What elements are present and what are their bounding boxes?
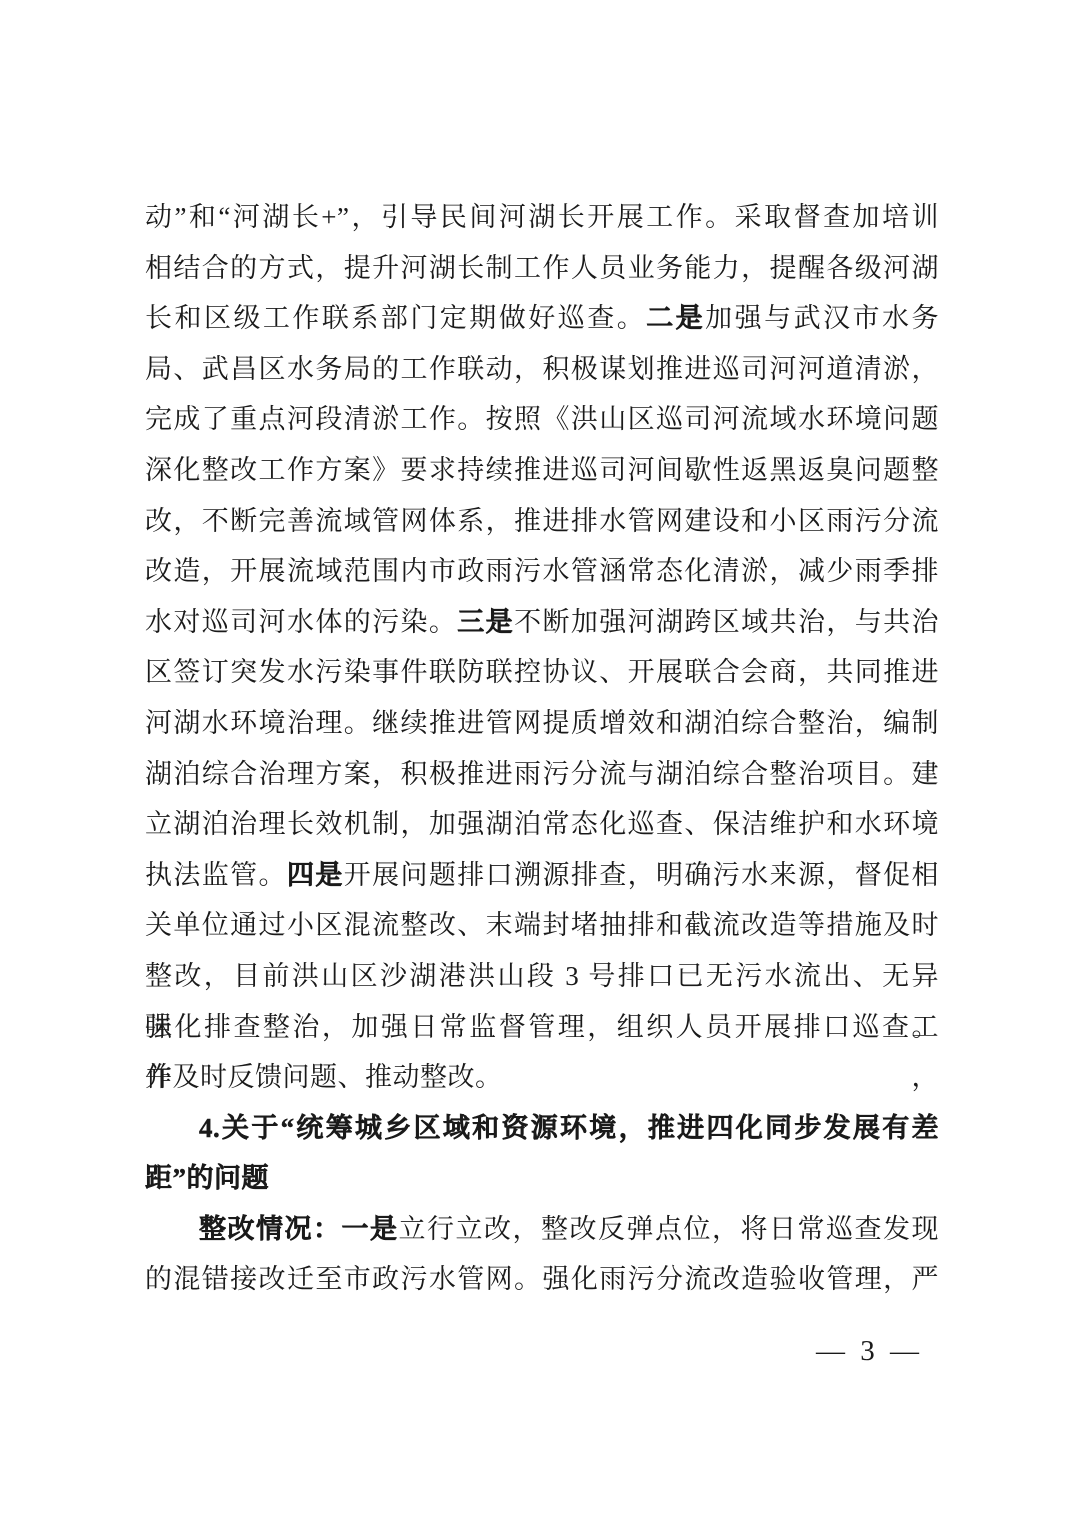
body-text: 动”和“河湖长+”，引导民间河湖长开展工作。采取督查加培训 bbox=[145, 202, 939, 232]
body-text: 的混错接改迁至市政污水管网。强化雨污分流改造验收管理，严 bbox=[145, 1264, 939, 1294]
text-line: 湖泊综合治理方案，积极推进雨污分流与湖泊综合整治项目。建 bbox=[145, 749, 939, 800]
body-text: 河湖水环境治理。继续推进管网提质增效和湖泊综合整治，编制 bbox=[145, 708, 939, 738]
text-line: 的混错接改迁至市政污水管网。强化雨污分流改造验收管理，严 bbox=[145, 1254, 939, 1305]
body-text: 深化整改工作方案》要求持续推进巡司河间歇性返黑返臭问题整 bbox=[145, 455, 939, 485]
emphasis-text: 二是 bbox=[646, 303, 705, 333]
text-line: 相结合的方式，提升河湖长制工作人员业务能力，提醒各级河湖 bbox=[145, 243, 939, 294]
text-line: 改造，开展流域范围内市政雨污水管涵常态化清淤，减少雨季排 bbox=[145, 546, 939, 597]
text-line: 立湖泊治理长效机制，加强湖泊常态化巡查、保洁维护和水环境 bbox=[145, 799, 939, 850]
body-text: 开展问题排口溯源排查，明确污水来源，督促相 bbox=[344, 860, 939, 890]
text-line: 长和区级工作联系部门定期做好巡查。二是加强与武汉市水务 bbox=[145, 293, 939, 344]
body-text: 长和区级工作联系部门定期做好巡查。 bbox=[145, 303, 646, 333]
text-block: 动”和“河湖长+”，引导民间河湖长开展工作。采取督查加培训相结合的方式，提升河湖… bbox=[145, 192, 939, 1305]
body-text: 不断加强河湖跨区域共治，与共治 bbox=[514, 607, 939, 637]
emphasis-text: 整改情况：一是 bbox=[199, 1214, 399, 1244]
text-line: 区签订突发水污染事件联防联控协议、开展联合会商，共同推进 bbox=[145, 647, 939, 698]
text-line: 深化整改工作方案》要求持续推进巡司河间歇性返黑返臭问题整 bbox=[145, 445, 939, 496]
text-line: 关单位通过小区混流整改、末端封堵抽排和截流改造等措施及时 bbox=[145, 900, 939, 951]
body-text: 湖泊综合治理方案，积极推进雨污分流与湖泊综合整治项目。建 bbox=[145, 759, 939, 789]
document-page: 动”和“河湖长+”，引导民间河湖长开展工作。采取督查加培训相结合的方式，提升河湖… bbox=[0, 0, 1074, 1520]
page-number: — 3 — bbox=[816, 1334, 919, 1368]
text-line: 整改，目前洪山区沙湖港洪山段 3 号排口已无污水流出、无异味。 bbox=[145, 951, 939, 1002]
emphasis-text: 4.关于“统筹城乡区域和资源环境，推进四化同步发展有差 bbox=[199, 1113, 939, 1143]
body-text: 加强与武汉市水务 bbox=[705, 303, 939, 333]
body-text: 相结合的方式，提升河湖长制工作人员业务能力，提醒各级河湖 bbox=[145, 253, 939, 283]
text-line: 河湖水环境治理。继续推进管网提质增效和湖泊综合整治，编制 bbox=[145, 698, 939, 749]
body-text: 立湖泊治理长效机制，加强湖泊常态化巡查、保洁维护和水环境 bbox=[145, 809, 939, 839]
body-text: 区签订突发水污染事件联防联控协议、开展联合会商，共同推进 bbox=[145, 657, 939, 687]
body-text: 立行立改，整改反弹点位，将日常巡查发现 bbox=[399, 1214, 940, 1244]
emphasis-text: 四是 bbox=[287, 860, 344, 890]
body-text: 局、武昌区水务局的工作联动，积极谋划推进巡司河河道清淤， bbox=[145, 354, 939, 384]
text-line: 动”和“河湖长+”，引导民间河湖长开展工作。采取督查加培训 bbox=[145, 192, 939, 243]
section-heading-line: 距”的问题 bbox=[145, 1153, 939, 1204]
text-line: 执法监管。四是开展问题排口溯源排查，明确污水来源，督促相 bbox=[145, 850, 939, 901]
text-line: 整改情况：一是立行立改，整改反弹点位，将日常巡查发现 bbox=[145, 1204, 939, 1255]
text-line: 局、武昌区水务局的工作联动，积极谋划推进巡司河河道清淤， bbox=[145, 344, 939, 395]
body-text: 水对巡司河水体的污染。 bbox=[145, 607, 457, 637]
text-line: 强化排查整治，加强日常监督管理，组织人员开展排口巡查工作， bbox=[145, 1002, 939, 1053]
body-text: 并及时反馈问题、推动整改。 bbox=[145, 1062, 503, 1092]
body-text: 改，不断完善流域管网体系，推进排水管网建设和小区雨污分流 bbox=[145, 506, 939, 536]
body-text: 改造，开展流域范围内市政雨污水管涵常态化清淤，减少雨季排 bbox=[145, 556, 939, 586]
emphasis-text: 三是 bbox=[457, 607, 514, 637]
text-line: 水对巡司河水体的污染。三是不断加强河湖跨区域共治，与共治 bbox=[145, 597, 939, 648]
emphasis-text: 距”的问题 bbox=[145, 1163, 269, 1193]
text-line: 改，不断完善流域管网体系，推进排水管网建设和小区雨污分流 bbox=[145, 496, 939, 547]
body-text: 执法监管。 bbox=[145, 860, 287, 890]
body-text: 完成了重点河段清淤工作。按照《洪山区巡司河流域水环境问题 bbox=[145, 404, 939, 434]
section-heading-line: 4.关于“统筹城乡区域和资源环境，推进四化同步发展有差 bbox=[145, 1103, 939, 1154]
text-line: 完成了重点河段清淤工作。按照《洪山区巡司河流域水环境问题 bbox=[145, 394, 939, 445]
body-text: 关单位通过小区混流整改、末端封堵抽排和截流改造等措施及时 bbox=[145, 910, 939, 940]
